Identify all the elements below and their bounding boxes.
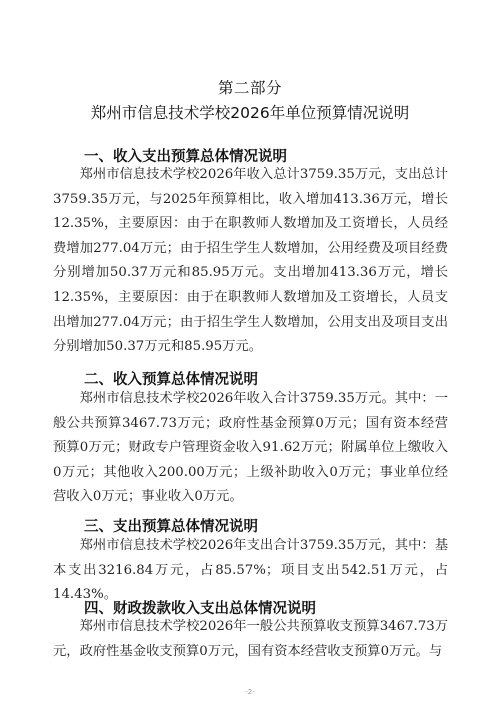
page-number: -2- — [0, 688, 500, 696]
document-page: 第二部分 郑州市信息技术学校2026年单位预算情况说明 一、收入支出预算总体情况… — [0, 0, 500, 708]
main-title: 郑州市信息技术学校2026年单位预算情况说明 — [0, 101, 500, 123]
section-body-2: 郑州市信息技术学校2026年收入合计3759.35万元。其中：一般公共预算346… — [53, 387, 448, 510]
part-title: 第二部分 — [0, 76, 500, 98]
section-body-4: 郑州市信息技术学校2026年一般公共预算收支预算3467.73万元，政府性基金收… — [53, 615, 448, 664]
section-heading-2: 二、收入预算总体情况说明 — [84, 368, 258, 389]
section-heading-3: 三、支出预算总体情况说明 — [84, 515, 258, 536]
section-body-1: 郑州市信息技术学校2026年收入总计3759.35万元，支出总计3759.35万… — [53, 163, 448, 360]
